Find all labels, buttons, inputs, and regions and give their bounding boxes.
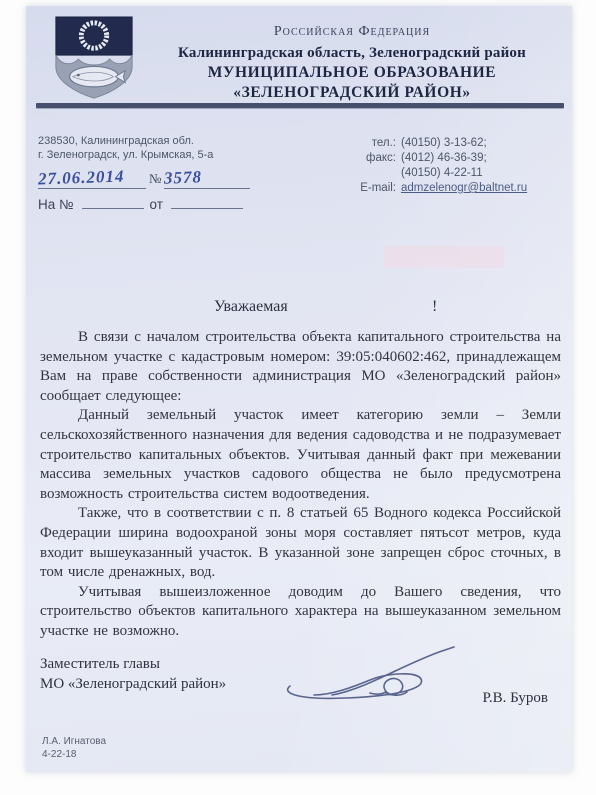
address-line2: г. Зеленоградск, ул. Крымская, 5-а — [38, 148, 288, 162]
reply-date-blank — [171, 197, 243, 209]
paragraph-1: В связи с началом строительства объекта … — [40, 328, 561, 406]
signer-title-block: Заместитель главы МО «Зеленоградский рай… — [40, 654, 226, 694]
fax-label: факс: — [352, 151, 396, 166]
salutation-exclamation: ! — [432, 298, 437, 316]
letterhead-org-line2: «ЗЕЛЕНОГРАДСКИЙ РАЙОН» — [138, 84, 566, 102]
handwritten-signature — [274, 644, 466, 714]
phone-label: тел.: — [352, 136, 396, 151]
phone-value: (40150) 3-13-62; — [401, 136, 487, 151]
paragraph-4: Учитывая вышеизложенное доводим до Вашег… — [40, 583, 561, 642]
signer-title-line1: Заместитель главы — [40, 654, 226, 674]
paragraph-3: Также, что в соответствии с п. 8 статьей… — [40, 504, 561, 582]
letterhead-region: Калининградская область, Зеленоградский … — [138, 45, 566, 62]
letterhead-country: Российская Федерация — [138, 24, 566, 40]
fax-value2: (40150) 4-22-11 — [401, 166, 483, 181]
contact-block: тел.: (40150) 3-13-62; факс: (4012) 46-3… — [352, 136, 560, 196]
date-underline: 27.06.2014 — [38, 171, 146, 189]
fax-row: факс: (4012) 46-36-39; — [352, 151, 560, 166]
outgoing-date-number-row: 27.06.2014№3578 — [38, 171, 288, 189]
phone-row: тел.: (40150) 3-13-62; — [352, 136, 560, 151]
sender-address-block: 238530, Калининградская обл. г. Зеленогр… — [38, 134, 288, 212]
executor-block: Л.А. Игнатова 4-22-18 — [42, 735, 106, 761]
letter-body: В связи с началом строительства объекта … — [40, 328, 561, 642]
letter-page: Российская Федерация Калининградская обл… — [26, 6, 572, 772]
reply-prefix: На № — [38, 197, 74, 212]
executor-name: Л.А. Игнатова — [42, 735, 106, 748]
email-row: E-mail: admzelenogr@baltnet.ru — [352, 181, 560, 196]
fax-label2-spacer — [352, 166, 396, 181]
handwritten-date: 27.06.2014 — [38, 169, 125, 186]
reply-number-blank — [82, 197, 144, 209]
letterhead-divider — [36, 103, 564, 108]
signer-title-line2: МО «Зеленоградский район» — [40, 674, 226, 694]
handwritten-number: 3578 — [164, 170, 202, 185]
paragraph-2: Данный земельный участок имеет категорию… — [40, 406, 561, 504]
scanned-letter-photo: Российская Федерация Калининградская обл… — [0, 0, 596, 795]
executor-phone: 4-22-18 — [42, 748, 106, 761]
number-underline: 3578 — [164, 171, 250, 189]
coat-of-arms-icon — [52, 16, 136, 104]
letterhead-org-line1: МУНИЦИПАЛЬНОЕ ОБРАЗОВАНИЕ — [138, 64, 566, 82]
salutation-word: Уважаемая — [214, 298, 288, 316]
reply-reference-row: На №от — [38, 197, 288, 212]
address-line1: 238530, Калининградская обл. — [38, 134, 288, 148]
reply-from-label: от — [150, 197, 163, 212]
redacted-recipient-area — [384, 246, 504, 268]
fax-value1: (4012) 46-36-39; — [401, 151, 487, 166]
letterhead: Российская Федерация Калининградская обл… — [138, 24, 566, 102]
number-sign: № — [149, 171, 161, 186]
fax-row2: (40150) 4-22-11 — [352, 166, 560, 181]
signer-name: Р.В. Буров — [482, 690, 548, 707]
email-value: admzelenogr@baltnet.ru — [401, 181, 527, 196]
email-label: E-mail: — [352, 181, 396, 196]
